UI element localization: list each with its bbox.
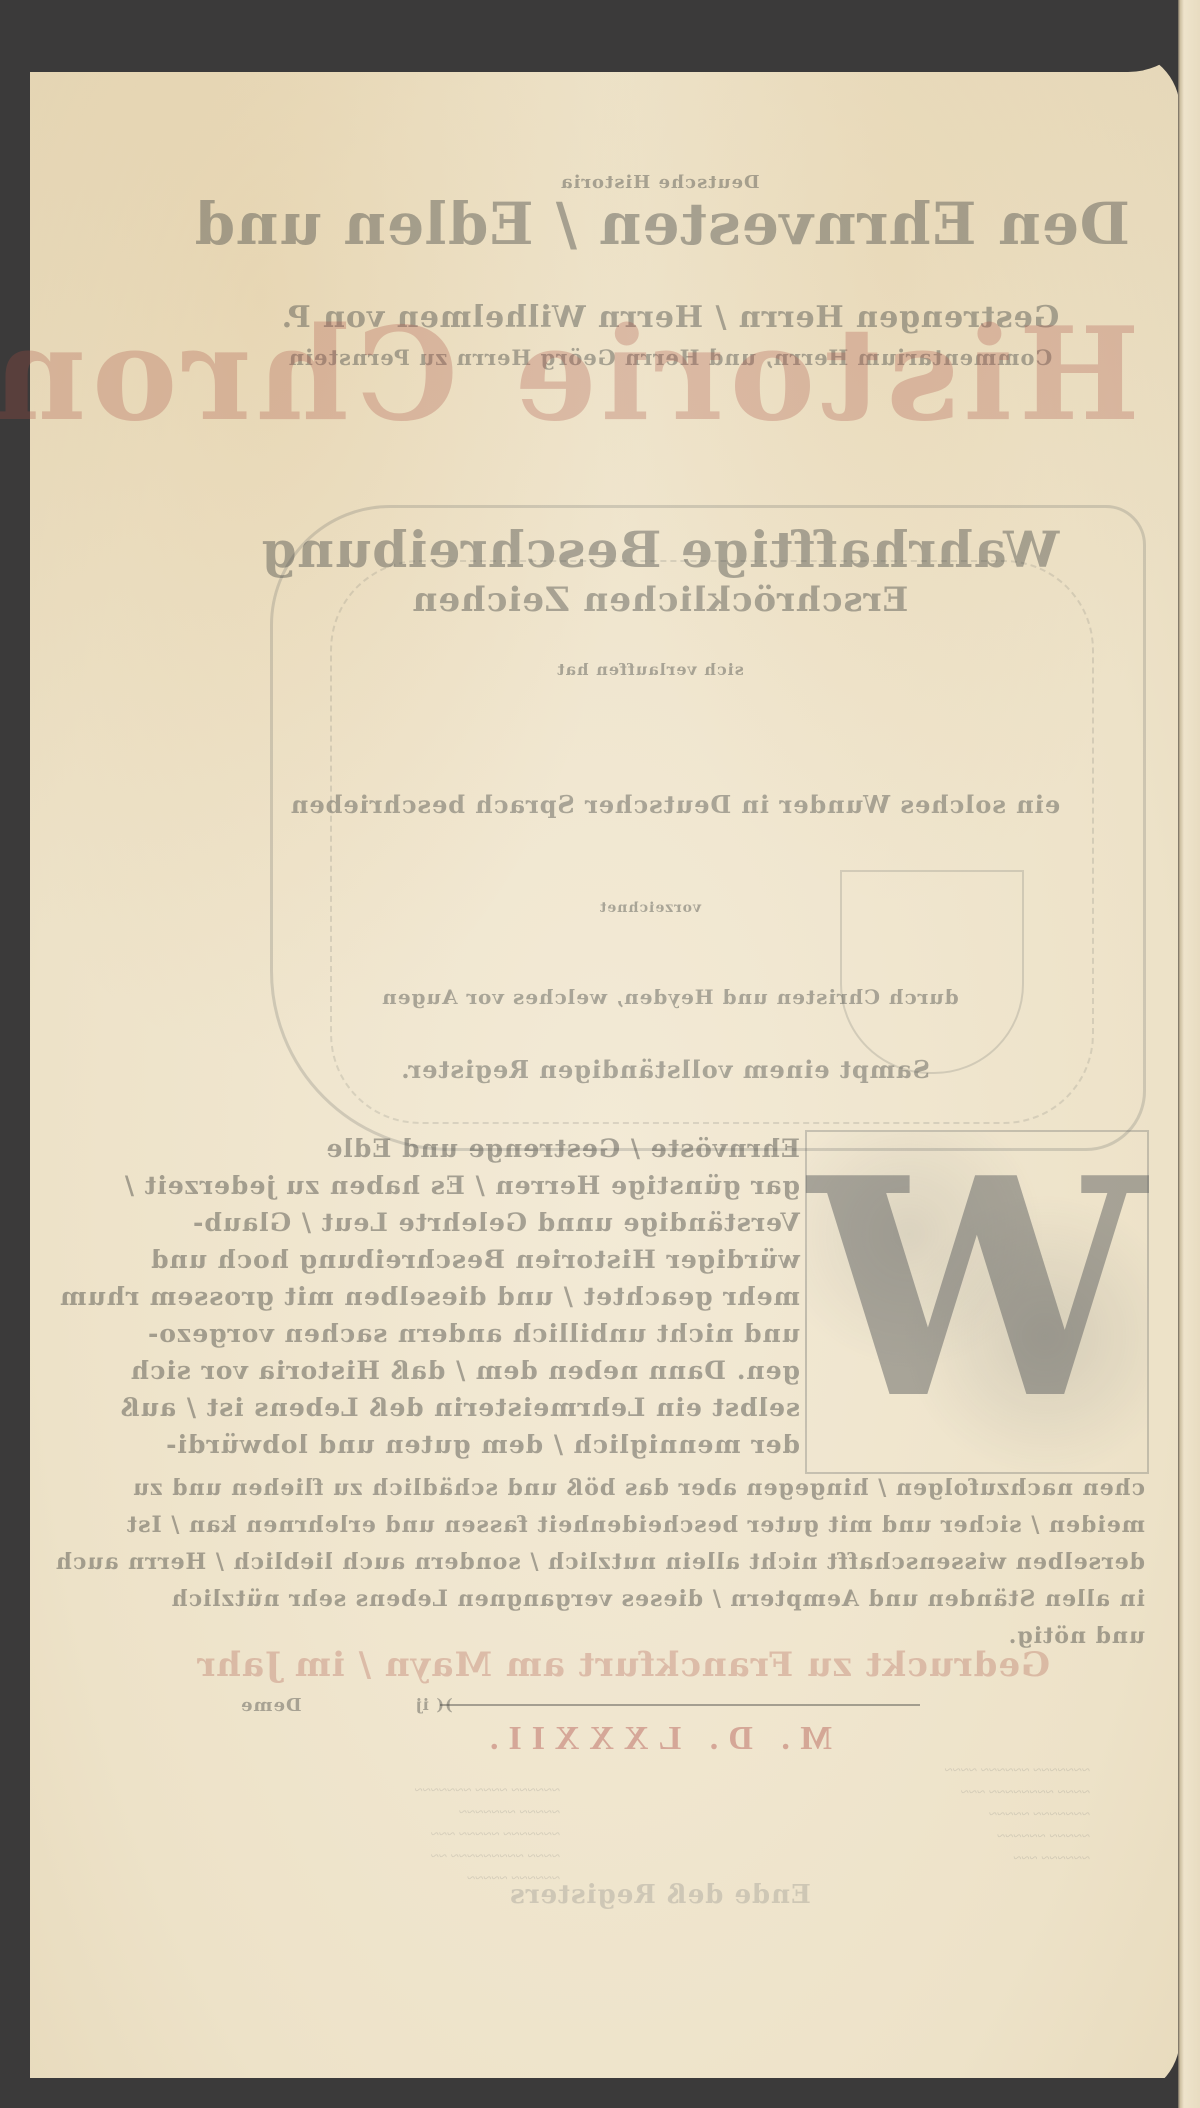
title-line-1-bleed: Den Ehrnvesten / Edlen und <box>230 190 1130 258</box>
body-line: und nicht unbillich andern sachen vorgez… <box>245 1315 800 1352</box>
faint-register-right: ~~~~~~~ ~~~~~~ ~~~~~~~~ ~~~~~~~~ ~~~~~~~… <box>760 1760 1090 1870</box>
body-line: Verständige unnd Gelehrte Leut / Glaub- <box>245 1204 800 1241</box>
title-line-8-bleed: vorzeichnet <box>450 900 850 916</box>
body-line: meiden / sicher und mit guter bescheiden… <box>245 1507 1145 1544</box>
dedication-column-bleed: Ehrnvöste / Gestrenge und Edle gar günst… <box>245 1130 800 1463</box>
decorated-initial-bleed: W <box>805 1130 1149 1474</box>
title-line-7-bleed: ein solches Wunder in Deutscher Sprach b… <box>250 790 1100 819</box>
body-line: der menniglich / dem guten und lobwürdi- <box>245 1426 800 1463</box>
body-line: würdiger Historien Beschreibung hoch und <box>245 1241 800 1278</box>
body-line: selbst ein Lehrmeisterin deß Lebens ist … <box>245 1389 800 1426</box>
initial-letter-w-icon: W <box>807 1112 1147 1465</box>
body-line: gar günstige Herren / Es haben zu jederz… <box>245 1167 800 1204</box>
body-line: mehr geachtet / und dieselben mit grosse… <box>245 1278 800 1315</box>
imprint-bleed: Gedruckt zu Franckfurt am Mayn / im Jahr <box>300 1645 1050 1685</box>
red-title-bleed: Historie Chronica <box>190 300 1140 450</box>
body-line: chen nachzufolgen / hingegen aber das bö… <box>245 1470 1145 1507</box>
title-line-6-bleed: sich verlauffen hat <box>400 660 900 679</box>
dedication-full-width-bleed: chen nachzufolgen / hingegen aber das bö… <box>245 1470 1145 1655</box>
catchword-bleed: Deme <box>240 1695 302 1716</box>
title-line-9-bleed: durch Christen und Heyden, welches vor A… <box>260 985 1080 1009</box>
body-line: in allen Ständen und Aemptern / dieses v… <box>245 1581 1145 1618</box>
faint-register-left: ~~~~~~ ~~~~ ~~~~~~~~~~~~ ~~~~~~~~~~~~~~ … <box>300 1780 560 1890</box>
imprint-rule <box>440 1704 920 1706</box>
title-line-4-bleed: Wahrhafftige Beschreibung <box>210 520 1110 579</box>
coat-of-arms-bleed <box>840 870 1024 1074</box>
register-line-bleed: Sampt einem vollständigen Register. <box>430 1055 930 1084</box>
body-line: derselben wissenschafft nicht allein nut… <box>245 1544 1145 1581</box>
next-leaf-edge <box>1178 0 1200 2108</box>
year-numeral-bleed: M. D. LXXXII. <box>480 1720 832 1758</box>
title-line-5-bleed: Erschröcklichen Zeichen <box>210 580 1110 620</box>
scan-background-bottom <box>30 2078 1180 2108</box>
scan-background-top <box>30 0 1200 72</box>
body-line: Ehrnvöste / Gestrenge und Edle <box>245 1130 800 1167</box>
body-line: gen. Dann neben dem / daß Historia vor s… <box>245 1352 800 1389</box>
colophon-bleed: Ende deß Registers <box>470 1880 850 1910</box>
